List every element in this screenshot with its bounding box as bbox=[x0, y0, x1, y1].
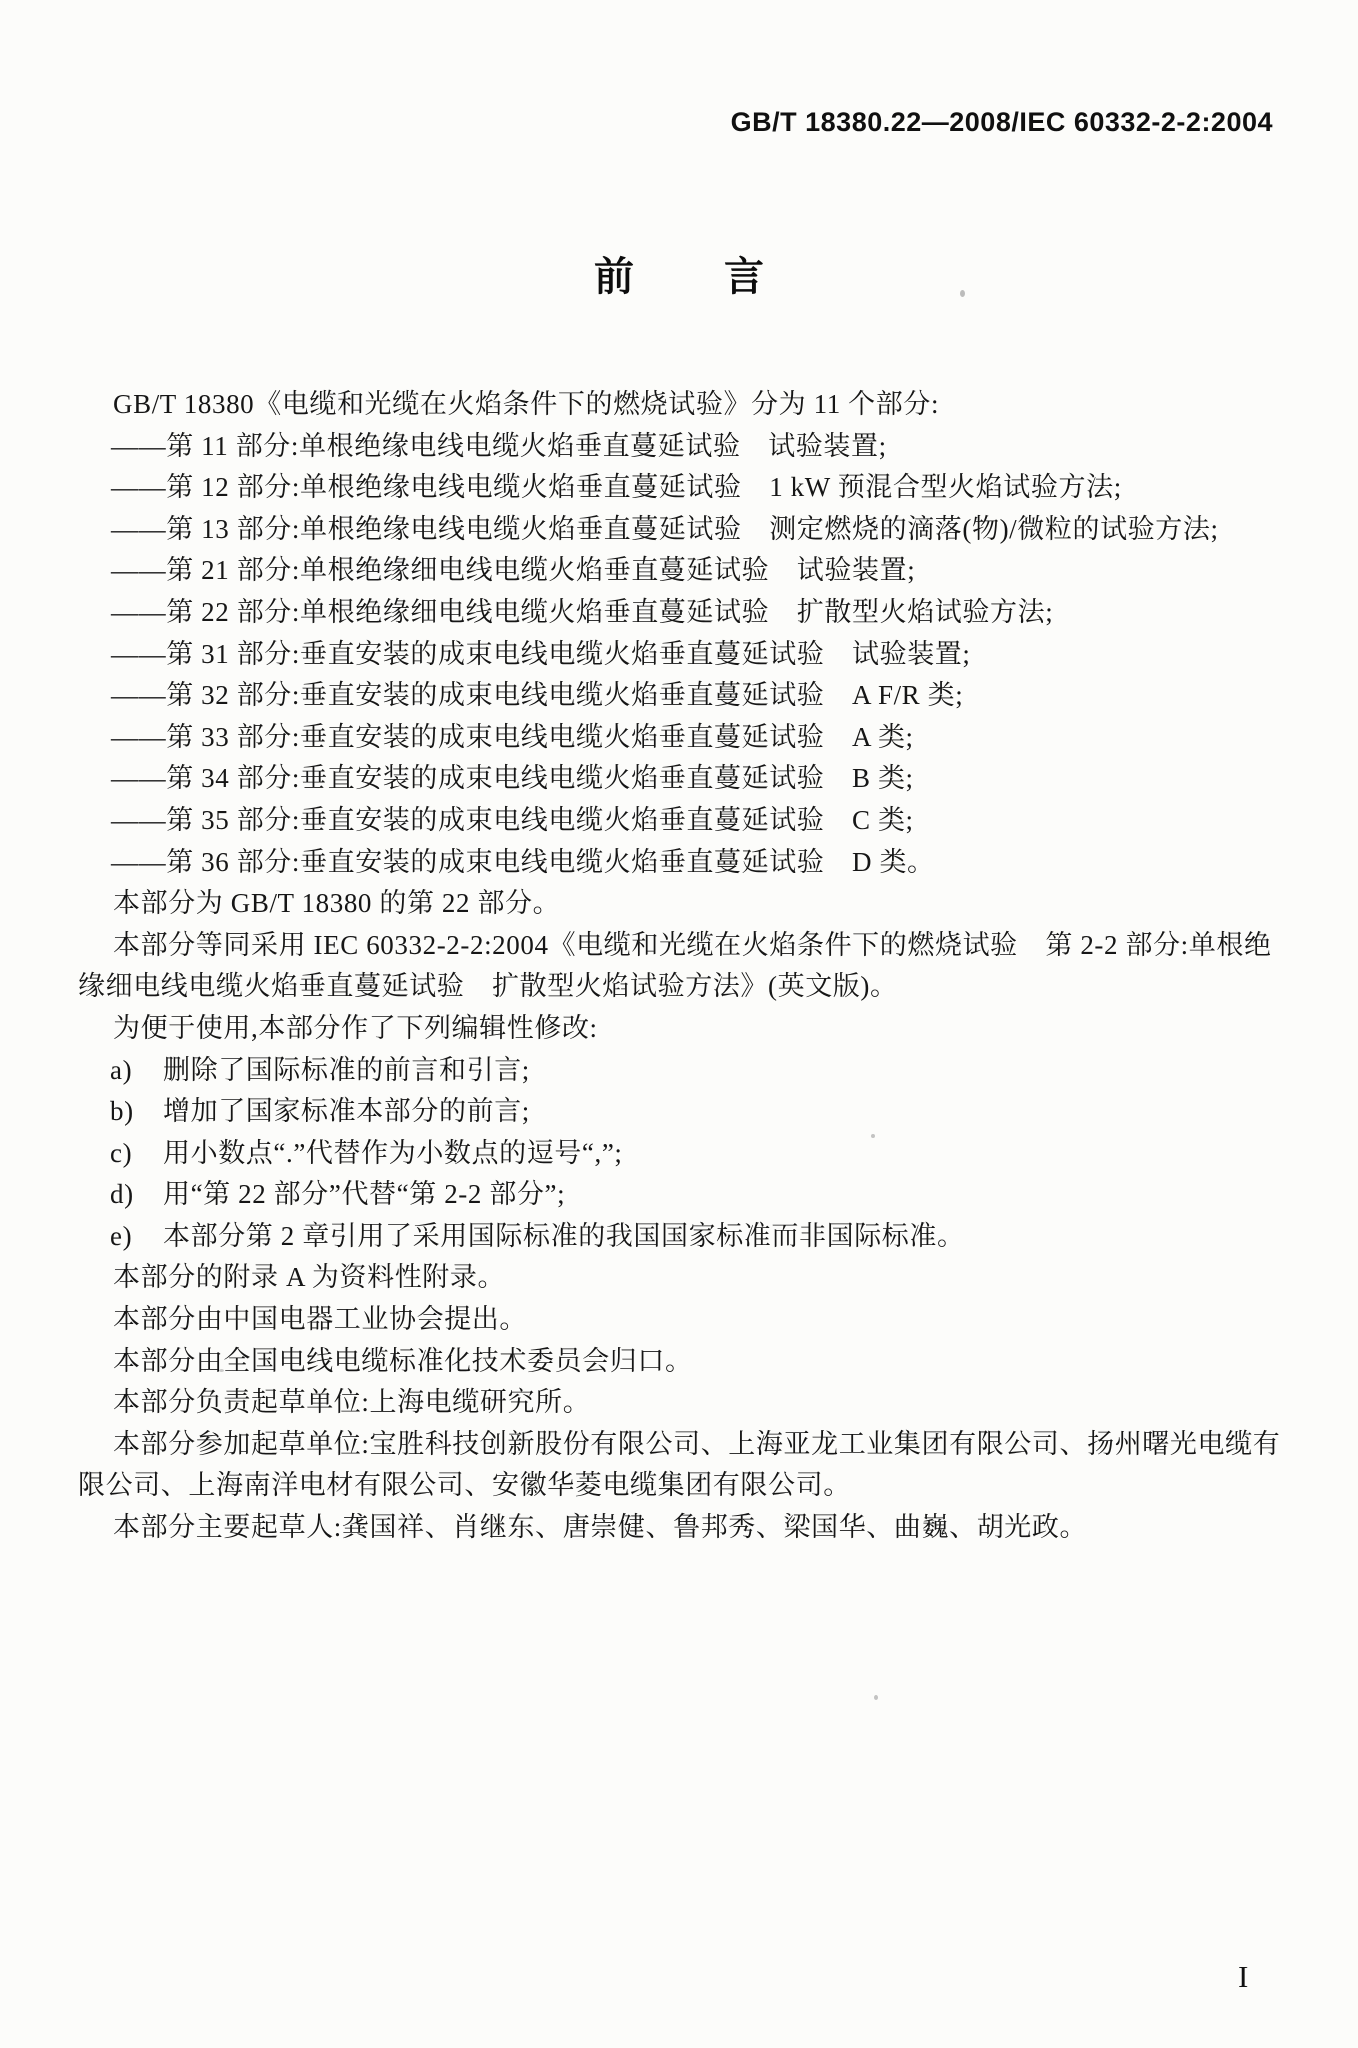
part-item-13: ——第 13 部分:单根绝缘电线电缆火焰垂直蔓延试验 测定燃烧的滴落(物)/微粒… bbox=[78, 509, 1294, 551]
scan-noise-speck bbox=[960, 290, 965, 297]
edit-text-e: 本部分第 2 章引用了采用国际标准的我国国家标准而非国际标准。 bbox=[163, 1221, 965, 1251]
para-idt-line1: 本部分等同采用 IEC 60332-2-2:2004《电缆和光缆在火焰条件下的燃… bbox=[78, 925, 1294, 967]
edit-marker-e: e) bbox=[110, 1216, 163, 1258]
edit-item-e: e)本部分第 2 章引用了采用国际标准的我国国家标准而非国际标准。 bbox=[78, 1216, 1294, 1258]
edit-item-d: d)用“第 22 部分”代替“第 2-2 部分”; bbox=[78, 1174, 1294, 1216]
intro-line: GB/T 18380《电缆和光缆在火焰条件下的燃烧试验》分为 11 个部分: bbox=[78, 384, 1294, 426]
document-page: GB/T 18380.22—2008/IEC 60332-2-2:2004 前 … bbox=[0, 0, 1358, 2048]
edit-marker-a: a) bbox=[110, 1050, 163, 1092]
scan-noise-speck bbox=[871, 1134, 875, 1138]
para-annex: 本部分的附录 A 为资料性附录。 bbox=[78, 1257, 1294, 1299]
edit-text-d: 用“第 22 部分”代替“第 2-2 部分”; bbox=[163, 1179, 565, 1209]
edit-marker-b: b) bbox=[110, 1091, 163, 1133]
para-edits-intro: 为便于使用,本部分作了下列编辑性修改: bbox=[78, 1008, 1294, 1050]
part-item-33: ——第 33 部分:垂直安装的成束电线电缆火焰垂直蔓延试验 A 类; bbox=[78, 717, 1294, 759]
para-chief-org: 本部分负责起草单位:上海电缆研究所。 bbox=[78, 1382, 1294, 1424]
para-proposed: 本部分由中国电器工业协会提出。 bbox=[78, 1299, 1294, 1341]
edit-item-b: b)增加了国家标准本部分的前言; bbox=[78, 1091, 1294, 1133]
para-participating-line1: 本部分参加起草单位:宝胜科技创新股份有限公司、上海亚龙工业集团有限公司、扬州曙光… bbox=[78, 1424, 1294, 1466]
part-item-35: ——第 35 部分:垂直安装的成束电线电缆火焰垂直蔓延试验 C 类; bbox=[78, 800, 1294, 842]
part-item-36: ——第 36 部分:垂直安装的成束电线电缆火焰垂直蔓延试验 D 类。 bbox=[78, 842, 1294, 884]
title-char-qian: 前 bbox=[594, 254, 634, 300]
part-item-21: ——第 21 部分:单根绝缘细电线电缆火焰垂直蔓延试验 试验装置; bbox=[78, 550, 1294, 592]
part-item-11: ——第 11 部分:单根绝缘电线电缆火焰垂直蔓延试验 试验装置; bbox=[78, 426, 1294, 468]
foreword-body: GB/T 18380《电缆和光缆在火焰条件下的燃烧试验》分为 11 个部分: —… bbox=[78, 384, 1294, 1549]
edit-text-b: 增加了国家标准本部分的前言; bbox=[163, 1096, 530, 1126]
title-char-yan: 言 bbox=[724, 254, 764, 300]
para-centralized: 本部分由全国电线电缆标准化技术委员会归口。 bbox=[78, 1341, 1294, 1383]
scan-noise-speck bbox=[219, 1369, 224, 1372]
edit-text-c: 用小数点“.”代替作为小数点的逗号“,”; bbox=[163, 1138, 623, 1168]
scan-noise-speck bbox=[874, 1695, 878, 1700]
para-participating-line2: 限公司、上海南洋电材有限公司、安徽华菱电缆集团有限公司。 bbox=[78, 1465, 1294, 1507]
part-item-34: ——第 34 部分:垂直安装的成束电线电缆火焰垂直蔓延试验 B 类; bbox=[78, 758, 1294, 800]
standard-code-header: GB/T 18380.22—2008/IEC 60332-2-2:2004 bbox=[731, 106, 1273, 138]
para-this-part: 本部分为 GB/T 18380 的第 22 部分。 bbox=[78, 883, 1294, 925]
part-item-31: ——第 31 部分:垂直安装的成束电线电缆火焰垂直蔓延试验 试验装置; bbox=[78, 634, 1294, 676]
part-item-22: ——第 22 部分:单根绝缘细电线电缆火焰垂直蔓延试验 扩散型火焰试验方法; bbox=[78, 592, 1294, 634]
edit-marker-c: c) bbox=[110, 1133, 163, 1175]
edit-item-a: a)删除了国际标准的前言和引言; bbox=[78, 1050, 1294, 1092]
edit-marker-d: d) bbox=[110, 1174, 163, 1216]
part-item-32: ——第 32 部分:垂直安装的成束电线电缆火焰垂直蔓延试验 A F/R 类; bbox=[78, 675, 1294, 717]
page-title-foreword: 前 言 bbox=[0, 254, 1358, 300]
para-idt-line2: 缘细电线电缆火焰垂直蔓延试验 扩散型火焰试验方法》(英文版)。 bbox=[78, 966, 1294, 1008]
para-drafters: 本部分主要起草人:龚国祥、肖继东、唐崇健、鲁邦秀、梁国华、曲巍、胡光政。 bbox=[78, 1507, 1294, 1549]
page-number: I bbox=[1238, 1960, 1248, 1994]
edit-text-a: 删除了国际标准的前言和引言; bbox=[163, 1055, 530, 1085]
part-item-12: ——第 12 部分:单根绝缘电线电缆火焰垂直蔓延试验 1 kW 预混合型火焰试验… bbox=[78, 467, 1294, 509]
edit-item-c: c)用小数点“.”代替作为小数点的逗号“,”; bbox=[78, 1133, 1294, 1175]
